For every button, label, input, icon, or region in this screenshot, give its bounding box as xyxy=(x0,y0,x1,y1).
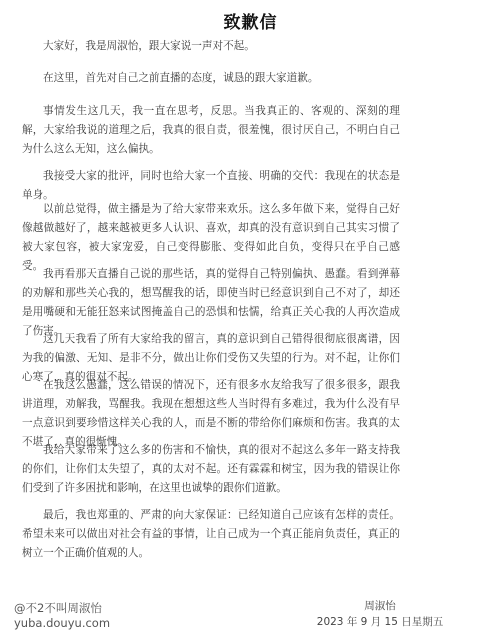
watermark: @不2不叫周淑怡 yuba.douyu.com xyxy=(14,601,110,631)
paragraph-apology-attitude: 在这里，首先对自己之前直播的态度，诚恳的跟大家道歉。 xyxy=(22,69,400,88)
paragraph-harm: 我给大家带来了这么多的伤害和不愉快，真的很对不起这么多年一路支持我的你们，让你们… xyxy=(22,441,400,498)
signature-block: 周淑怡 2023 年 9 月 15 日星期五 xyxy=(300,598,460,630)
paragraph-reflection: 事情发生这几天，我一直在思考，反思。当我真正的、客观的、深刻的理解，大家给我说的… xyxy=(22,102,400,159)
document-title: 致歉信 xyxy=(0,8,501,33)
signature-date: 2023 年 9 月 15 日星期五 xyxy=(300,614,460,630)
signature-name: 周淑怡 xyxy=(300,598,460,614)
watermark-site: yuba.douyu.com xyxy=(14,616,110,631)
paragraph-greeting: 大家好，我是周淑怡，跟大家说一声对不起。 xyxy=(22,37,400,56)
watermark-handle: @不2不叫周淑怡 xyxy=(14,601,110,616)
paragraph-promise: 最后，我也郑重的、严肃的向大家保证：已经知道自己应该有怎样的责任。希望未来可以做… xyxy=(22,506,400,563)
